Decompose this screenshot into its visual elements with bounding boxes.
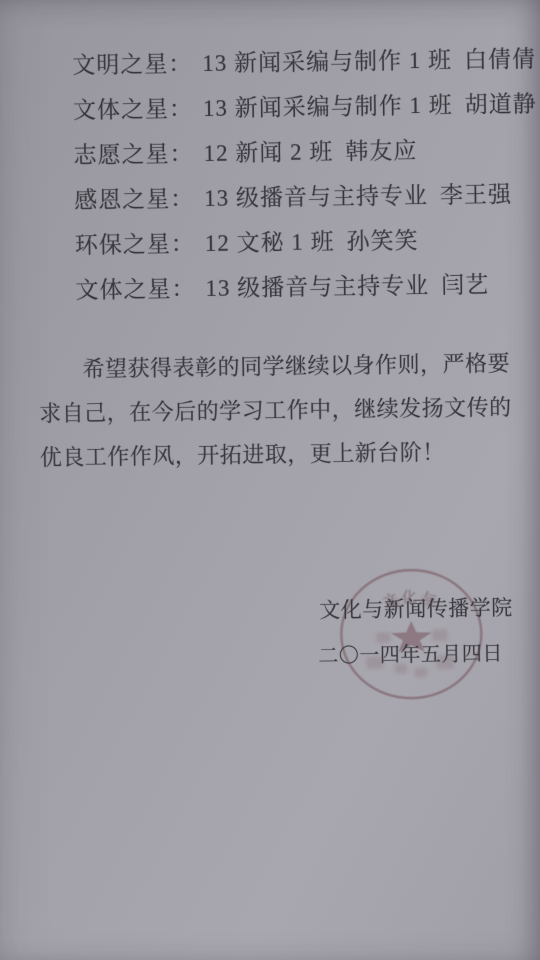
award-line: 环保之星：12 文秘 1 班孙笑笑 [37,217,516,269]
award-title: 环保之星 [75,231,171,257]
award-title: 文明之星 [72,51,168,77]
official-seal-stamp-icon: 文化与 [335,563,487,705]
award-group: 12 文秘 1 班 [205,229,335,256]
colon: ： [171,276,195,301]
colon: ： [169,96,193,121]
award-title: 志愿之星 [73,141,169,167]
seal-star-icon [391,621,432,652]
seal-arc-text: 文化与 [380,588,441,611]
signing-date: 二〇一四年五月四日 [280,640,540,670]
colon: ： [168,51,192,76]
award-title: 文体之星 [75,276,171,302]
colon: ： [169,141,193,166]
seal-illegible-text-smudges [366,597,454,678]
colon: ： [171,231,195,256]
signing-department: 文化与新闻传播学院 [286,594,540,624]
award-name: 胡道静 [464,91,536,117]
award-group: 13 新闻采编与制作 1 班 [203,92,453,120]
award-name: 孙笑笑 [346,228,418,254]
seal-ring [340,569,482,699]
award-name: 韩友应 [345,138,417,164]
closing-paragraph: 希望获得表彰的同学继续以身作则，严格要 求自己，在今后的学习工作中，继续发扬文传… [38,342,518,481]
award-line: 感恩之星：13 级播音与主持专业李王强 [36,172,515,224]
closing-line: 求自己，在今后的学习工作中，继续发扬文传的 [39,386,518,437]
award-group: 13 级播音与主持专业 [204,183,428,211]
award-title: 文体之星 [73,96,169,122]
award-group: 12 新闻 2 班 [203,139,333,166]
closing-line: 优良工作作风，开拓进取，更上新台阶！ [40,430,519,481]
award-name: 李王强 [440,182,512,208]
award-group: 13 级播音与主持专业 [205,273,429,301]
colon: ： [170,186,194,211]
award-line: 文明之星：13 新闻采编与制作 1 班白倩倩 [34,37,513,89]
award-list: 文明之星：13 新闻采编与制作 1 班白倩倩 文体之星：13 新闻采编与制作 1… [34,37,516,314]
award-line: 文体之星：13 新闻采编与制作 1 班胡道静 [35,82,514,134]
award-line: 文体之星：13 级播音与主持专业闫艺 [37,262,516,314]
award-name: 白倩倩 [464,46,536,72]
document-content: 文明之星：13 新闻采编与制作 1 班白倩倩 文体之星：13 新闻采编与制作 1… [34,37,524,924]
closing-line: 希望获得表彰的同学继续以身作则，严格要 [38,342,517,393]
award-name: 闫艺 [441,272,489,298]
award-group: 13 新闻采编与制作 1 班 [202,48,452,76]
award-title: 感恩之星 [74,186,170,212]
document-photo: 文明之星：13 新闻采编与制作 1 班白倩倩 文体之星：13 新闻采编与制作 1… [0,0,540,960]
award-line: 志愿之星：12 新闻 2 班韩友应 [35,127,514,179]
